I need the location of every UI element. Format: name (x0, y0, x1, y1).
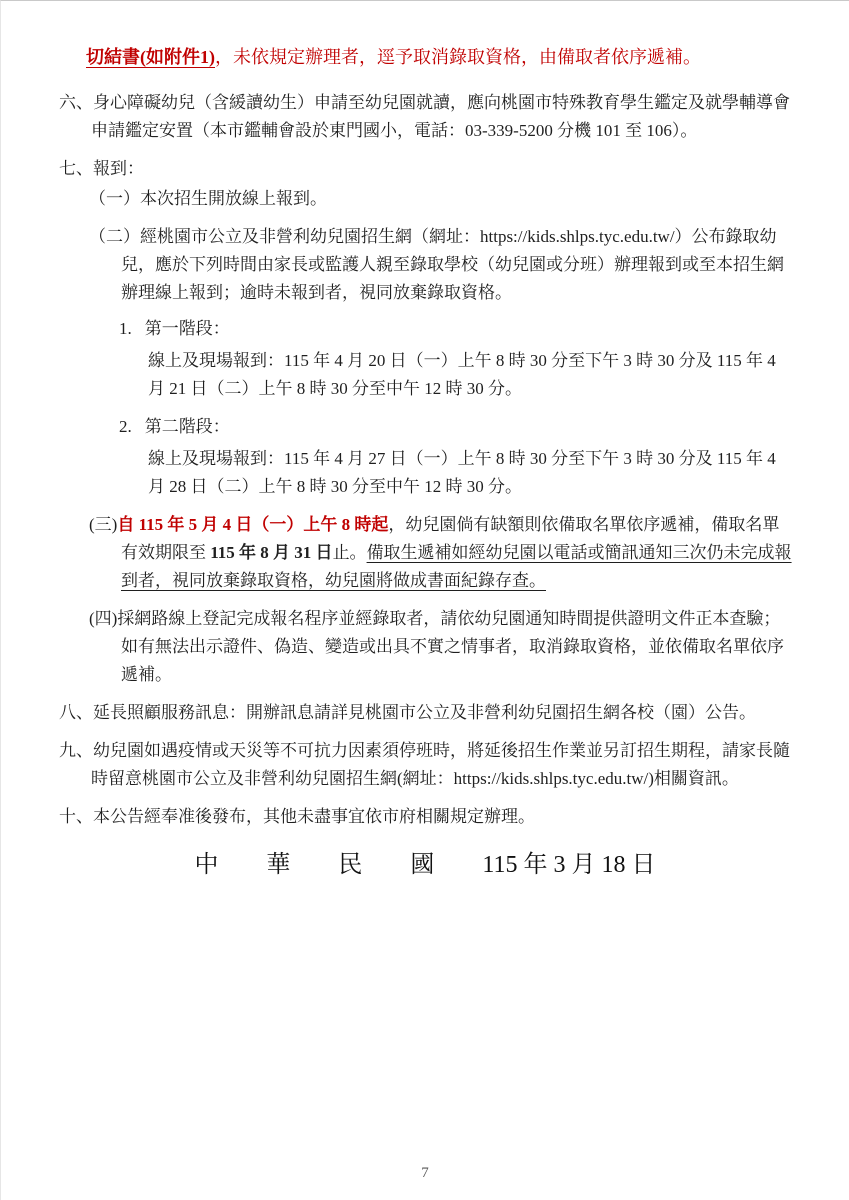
item-7-sub-3: (三)自 115 年 5 月 4 日（一）上午 8 時起，幼兒園倘有缺額則依備取… (1, 511, 849, 595)
item-7-heading: 七、報到： (1, 155, 849, 183)
stage-1-title: 第一階段： (145, 319, 230, 338)
stage-1-time-text: 線上及現場報到：115 年 4 月 20 日（一）上午 8 時 30 分至下午 … (148, 351, 776, 398)
item-7-sub-4-label: (四) (89, 609, 117, 628)
item-6-text: 身心障礙幼兒（含緩讀幼生）申請至幼兒園就讀，應向桃園市特殊教育學生鑑定及就學輔導… (91, 93, 790, 140)
item-7-sub-4: (四)採網路線上登記完成報名程序並經錄取者，請依幼兒園通知時間提供證明文件正本查… (1, 605, 849, 689)
stage-1-time: 線上及現場報到：115 年 4 月 20 日（一）上午 8 時 30 分至下午 … (1, 347, 849, 403)
stage-2-time-text: 線上及現場報到：115 年 4 月 27 日（一）上午 8 時 30 分至下午 … (148, 449, 776, 496)
document-content: 切結書(如附件1)，未依規定辦理者，逕予取消錄取資格，由備取者依序遞補。 六、身… (1, 1, 849, 883)
item-7-sub-1: （一）本次招生開放線上報到。 (1, 185, 849, 213)
item-8-label: 八、 (59, 703, 93, 722)
item-6-label: 六、 (59, 93, 93, 112)
item-7-sub-1-label: （一） (89, 189, 140, 208)
item-10-label: 十、 (59, 807, 93, 826)
notice-emphasis: 切結書(如附件1) (86, 47, 215, 67)
item-7-sub-2-text: 經桃園市公立及非營利幼兒園招生網（網址：https://kids.shlps.t… (121, 227, 784, 302)
stage-1-label: 1. (119, 319, 145, 338)
stage-2-title: 第二階段： (145, 417, 230, 436)
stage-2-heading: 2.第二階段： (1, 413, 849, 441)
sub-3-red-date: 自 115 年 5 月 4 日（一）上午 8 時起 (117, 515, 388, 534)
sub-3-deadline-date: 115 年 8 月 31 日 (210, 543, 332, 562)
item-9-label: 九、 (59, 741, 93, 760)
stage-2-time: 線上及現場報到：115 年 4 月 27 日（一）上午 8 時 30 分至下午 … (1, 445, 849, 501)
item-7-sub-2: （二）經桃園市公立及非營利幼兒園招生網（網址：https://kids.shlp… (1, 223, 849, 307)
item-7-sub-4-text: 採網路線上登記完成報名程序並經錄取者，請依幼兒園通知時間提供證明文件正本查驗；如… (117, 609, 784, 684)
item-7-sub-2-label: （二） (89, 227, 140, 246)
item-6: 六、身心障礙幼兒（含緩讀幼生）申請至幼兒園就讀，應向桃園市特殊教育學生鑑定及就學… (1, 89, 849, 145)
item-8: 八、延長照顧服務訊息：開辦訊息請詳見桃園市公立及非營利幼兒園招生網各校（園）公告… (1, 699, 849, 727)
item-9-text: 幼兒園如遇疫情或天災等不可抗力因素須停班時，將延後招生作業並另訂招生期程，請家長… (91, 741, 790, 788)
item-10-text: 本公告經奉准後發布，其他未盡事宜依市府相關規定辦理。 (93, 807, 535, 826)
notice-rest: ，未依規定辦理者，逕予取消錄取資格，由備取者依序遞補。 (215, 47, 701, 67)
stage-2-label: 2. (119, 417, 145, 436)
item-8-text: 延長照顧服務訊息：開辦訊息請詳見桃園市公立及非營利幼兒園招生網各校（園）公告。 (93, 703, 756, 722)
document-page: 切結書(如附件1)，未依規定辦理者，逕予取消錄取資格，由備取者依序遞補。 六、身… (0, 0, 849, 1200)
stage-1-heading: 1.第一階段： (1, 315, 849, 343)
notice-line: 切結書(如附件1)，未依規定辦理者，逕予取消錄取資格，由備取者依序遞補。 (1, 45, 849, 69)
item-7-title: 報到： (93, 159, 144, 178)
item-7-sub-3-label: (三) (89, 515, 117, 534)
item-10: 十、本公告經奉准後發布，其他未盡事宜依市府相關規定辦理。 (1, 803, 849, 831)
item-9: 九、幼兒園如遇疫情或天災等不可抗力因素須停班時，將延後招生作業並另訂招生期程，請… (1, 737, 849, 793)
item-7-label: 七、 (59, 159, 93, 178)
page-number: 7 (1, 1165, 849, 1182)
roc-date-line: 中 華 民 國 115 年 3 月 18 日 (1, 847, 849, 883)
sub-3-text-2: 止。 (333, 543, 367, 562)
item-7-sub-1-text: 本次招生開放線上報到。 (140, 189, 327, 208)
